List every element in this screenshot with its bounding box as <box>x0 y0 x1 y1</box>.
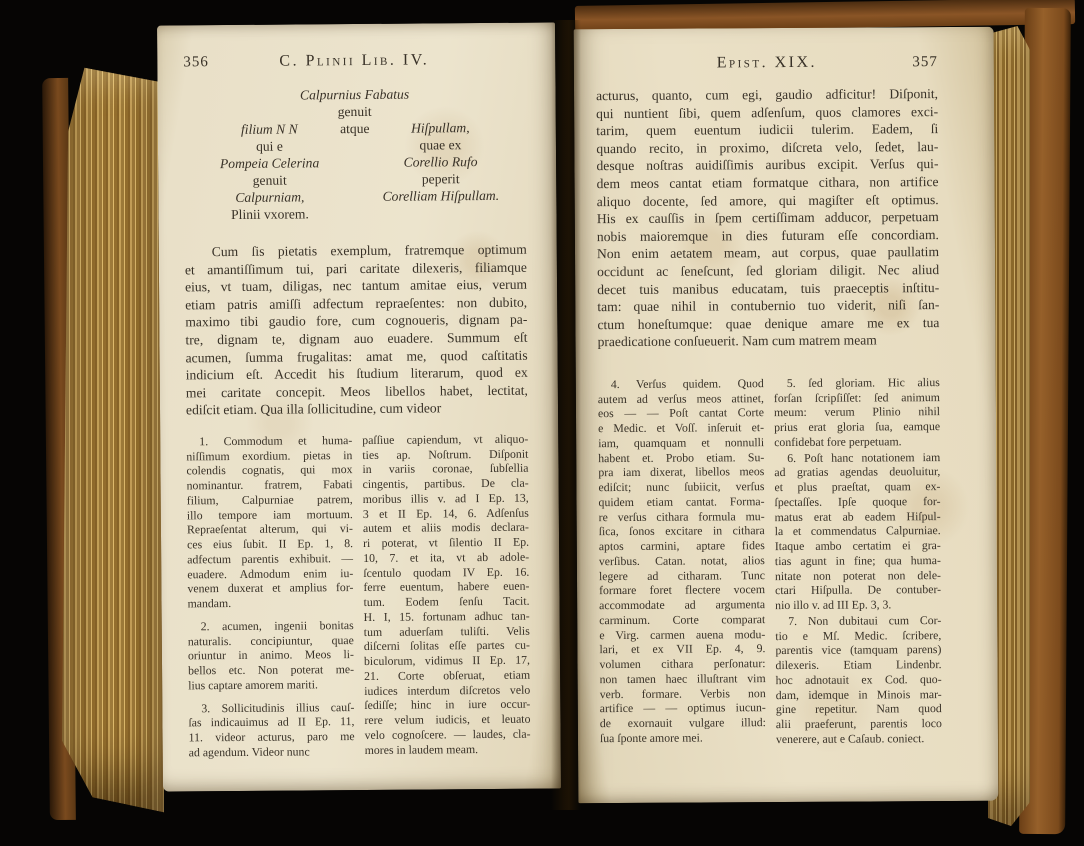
right-footnotes: 4. Verſus quidem. Quodautem ad verſus me… <box>598 375 942 748</box>
text-line: habent et. Probo etiam. Su- <box>598 450 764 466</box>
paragraph: paſſiue capiendum, vt aliquo-ties ap. No… <box>362 432 531 758</box>
text-line: ties ap. Noſtrum. Diſponit <box>362 446 528 462</box>
text-line: oriuntur in animo. Meos li- <box>188 647 354 663</box>
text-line: biculorum, vidimus II Ep. 17, <box>364 653 530 669</box>
text-line: 3. Sollicitudinis illius cauſ- <box>188 700 354 716</box>
text-line: ferre euentum, habere euen- <box>363 579 529 595</box>
text-line: dam, idemque in Minois mar- <box>776 687 942 703</box>
text-line: lius captare amorem mariti. <box>188 677 354 693</box>
text-line: qui nuntient ſibi, quem adſenſum, quos c… <box>596 103 938 123</box>
text-line: tio e Mſ. Medic. ſcribere, <box>775 628 941 644</box>
text-line: legere ad citharam. Tunc <box>599 568 765 584</box>
text-line: ri poterat, vt ſilentio II Ep. <box>363 535 529 551</box>
text-line: nominantur. fratrem, Fabati <box>187 477 353 493</box>
paragraph: 1. Commodum et huma-niſſimum exordium. p… <box>186 433 353 611</box>
paragraph: 6. Poſt hanc notationem iamad gratias ag… <box>774 450 941 613</box>
text-line: dilexeris. Etiam Lindenbr. <box>775 657 941 673</box>
paragraph: 4. Verſus quidem. Quodautem ad verſus me… <box>598 376 766 746</box>
text-line: ctari Hiſpulla. De contuber- <box>775 582 941 598</box>
text-line: e Medic. et Voſſ. inſeruit et- <box>598 420 764 436</box>
running-title-left: C. Plinii Lib. IV. <box>229 51 479 71</box>
text-line: 2. acumen, ingenii bonitas <box>188 618 354 634</box>
text-line: mores in laudem meam. <box>365 741 531 757</box>
text-line: ſas indicauimus ad II Ep. 11, <box>188 714 354 730</box>
text-line: 3 et II Ep. 14, 6. Adſenſus <box>363 505 529 521</box>
text-line: 11. videor acturus, paro me <box>189 729 355 745</box>
text-line: illo tempore iam mortuum. <box>187 507 353 523</box>
text-line: aptos carmini, aptare fides <box>599 538 765 554</box>
text-line: naturalis. concipiuntur, quae <box>188 633 354 649</box>
text-line: pra iam dixerat, libellos meos <box>598 465 764 481</box>
text-line: formare foret flectere vocem <box>599 583 765 599</box>
paragraph: 2. acumen, ingenii bonitasnaturalis. con… <box>188 618 355 693</box>
genealogy-cell: Plinii vxorem. <box>184 205 355 223</box>
text-line: quidem etiam cantat. Forma- <box>598 494 764 510</box>
text-line: iam, quamquam et nonnulli <box>598 435 764 451</box>
text-line: His ex cauſſis in ſpem certiſſimam adduc… <box>597 208 939 228</box>
text-line: desque noſtras auidiſſimis auribus excip… <box>596 155 938 175</box>
text-line: lari, et ex VII Ep. 4, 9. <box>599 642 765 658</box>
text-line: 1. Commodum et huma- <box>186 433 352 449</box>
text-line: ad agendum. Videor nunc <box>189 744 355 760</box>
right-page-header: Epist. XIX. 357 <box>596 53 938 73</box>
text-line: euadere. Admodum enim iu- <box>187 566 353 582</box>
text-line: ſediſſe; hinc in iure occur- <box>364 697 530 713</box>
text-line: tum aduerſam tuliſti. Velis <box>364 623 530 639</box>
text-line: forſan ſcripſiſſet: ſed animum <box>774 390 940 406</box>
text-line: parentis vice (tamquam parens) <box>775 642 941 658</box>
text-line: velo cognoſcere. — laudes, cla- <box>365 727 531 743</box>
text-line: 7. Non dubitaui cum Cor- <box>775 613 941 629</box>
left-body-text: Cum ſis pietatis exemplum, fratremque op… <box>185 241 528 420</box>
text-line: Itaque ambo certatim ei gra- <box>775 538 941 554</box>
page-number-right: 357 <box>892 54 938 71</box>
book-photograph: 356 C. Plinii Lib. IV. Calpurnius Fabatu… <box>0 0 1084 846</box>
text-line: autem ad verſus meos attinet, <box>598 391 764 407</box>
genealogy-cell: qui e <box>184 137 355 155</box>
genealogy-cell: genuit <box>184 171 355 189</box>
text-line: hoc adnotauit ex Cod. quo- <box>776 672 942 688</box>
text-line: ſica, ſonos excitare in cithara <box>599 524 765 540</box>
footnote-column-2: 5. ſed gloriam. Hic aliusforſan ſcripſiſ… <box>774 375 942 747</box>
text-line: diſcerni ſolitas eſſe partes cu- <box>364 638 530 654</box>
text-line: tum. Eodem ſenſu Tacit. <box>363 594 529 610</box>
text-line: praedicatione conſueuerit. Nam cum matre… <box>597 331 939 351</box>
genealogy-cell: quae ex <box>355 136 526 154</box>
text-line: Non enim aetatem meam, aut corpus, quae … <box>597 243 939 263</box>
paragraph: acturus, quanto, cum egi, gaudio adficit… <box>596 85 940 351</box>
text-line: filium, Calpurniae patrem, <box>187 492 353 508</box>
genealogy-cell: Pompeia Celerina <box>184 154 355 172</box>
right-page: Epist. XIX. 357 acturus, quanto, cum egi… <box>574 27 999 804</box>
text-line: volumen cithara perſonatur: <box>599 656 765 672</box>
genealogy-cell: Calpurniam, <box>184 188 355 206</box>
paragraph: 3. Sollicitudinis illius cauſ-ſas indica… <box>188 700 354 760</box>
page-number-left: 356 <box>183 54 229 71</box>
text-line: ſcentulo quodam IV Ep. 16. <box>363 564 529 580</box>
text-line: dem meos cantat etiam formatque cithara,… <box>597 173 939 193</box>
genealogy-cell <box>355 204 526 222</box>
text-line: tias agunt in fine; qua huma- <box>775 553 941 569</box>
text-line: moribus illis v. ad I Ep. 13, <box>363 491 529 507</box>
text-line: rere velum iudicis, et leuato <box>364 712 530 728</box>
text-line: iudices interdum diſcretos velo <box>364 682 530 698</box>
genealogy-cell: Corelliam Hiſpullam. <box>355 187 526 205</box>
text-line: verſibus. Catan. notat, alios <box>599 553 765 569</box>
text-line: niſſimum exordium. pietas in <box>186 448 352 464</box>
text-line: venem duxerat et amplius for- <box>187 580 353 596</box>
text-line: e Virg. carmen auena modu- <box>599 627 765 643</box>
text-line: ſua ſponte amore mei. <box>600 730 766 746</box>
text-line: alii praeferunt, parentis loco <box>776 716 942 732</box>
text-line: quando recito, in proximo, diſcreta velo… <box>596 138 938 158</box>
text-line: carminum. Corte comparat <box>599 612 765 628</box>
genealogy-cell: peperit <box>355 170 526 188</box>
text-line: 4. Verſus quidem. Quod <box>598 376 764 392</box>
text-line: tarim, quem euentum iudicii tulerim. Ead… <box>596 120 938 140</box>
text-line: mandam. <box>187 595 353 611</box>
running-title-right: Epist. XIX. <box>642 53 892 73</box>
text-line: nitate non poterat non dele- <box>775 568 941 584</box>
text-line: acturus, quanto, cum egi, gaudio adficit… <box>596 85 938 105</box>
text-line: cingentis, partibus. De cla- <box>363 476 529 492</box>
genealogy-cell: Corellio Rufo <box>355 153 526 171</box>
genealogy-table: Calpurnius Fabatus genuit filium N N atq… <box>183 85 526 224</box>
text-line: ces eius ſubit. II Ep. 1, 8. <box>187 536 353 552</box>
footnote-column-1: 1. Commodum et huma-niſſimum exordium. p… <box>186 433 355 760</box>
text-line: eos — — Poſt cantat Corte <box>598 406 764 422</box>
text-line: ad gratias agendas deuoluitur, <box>774 464 940 480</box>
footnote-column-1: 4. Verſus quidem. Quodautem ad verſus me… <box>598 376 766 748</box>
text-line: artifice — — optimus iucun- <box>600 701 766 717</box>
text-line: Repraeſentat alterum, qui vi- <box>187 521 353 537</box>
text-line: et plus praeſtat, quam ex- <box>774 479 940 495</box>
text-line: 10, 7. et ita, vt ab adole- <box>363 550 529 566</box>
left-footnotes: 1. Commodum et huma-niſſimum exordium. p… <box>186 432 531 760</box>
text-line: venerere, aut e Caſaub. coniect. <box>776 731 942 747</box>
text-line: 5. ſed gloriam. Hic alius <box>774 375 940 391</box>
left-page: 356 C. Plinii Lib. IV. Calpurnius Fabatu… <box>157 22 561 791</box>
text-line: gine repetitur. Nam quod <box>776 701 942 717</box>
text-line: aliquo docente, ſed amore, qui magiſter … <box>597 191 939 211</box>
text-line: ediſcit; nunc ſubiicit, verſus <box>598 479 764 495</box>
text-line: accommodate ad argumenta <box>599 597 765 613</box>
text-line: re verſus cithara formula mu- <box>599 509 765 525</box>
text-line: autem et aliis modis declara- <box>363 520 529 536</box>
text-line: de exornauit vulgare illud: <box>600 715 766 731</box>
text-line: ſpectaſſes. Ipſe quoque for- <box>774 494 940 510</box>
text-line: matus erat ab eadem Hiſpul- <box>775 509 941 525</box>
text-line: tam: quae nihil in contubernio tuo vider… <box>597 296 939 316</box>
footnote-column-2: paſſiue capiendum, vt aliquo-ties ap. No… <box>362 432 531 759</box>
text-line: meum: verum Plinio nihil <box>774 404 940 420</box>
paragraph: Cum ſis pietatis exemplum, fratremque op… <box>185 241 528 420</box>
text-line: nio illo v. ad III Ep. 3, 3. <box>775 597 941 613</box>
text-line: verb. formare. Verbis non <box>600 686 766 702</box>
text-line: nobis maioremque in dies futuram eſſe co… <box>597 226 939 246</box>
paragraph: 7. Non dubitaui cum Cor-tio e Mſ. Medic.… <box>775 613 942 747</box>
text-line: H. I, 15. fortunam adhuc tan- <box>364 609 530 625</box>
text-line: ctum honeſtumque: quae denique amare me … <box>597 314 939 334</box>
gilt-page-edges-left <box>62 64 164 816</box>
text-line: 21. Corte obſeruat, etiam <box>364 668 530 684</box>
text-line: occidunt ac ſeneſcunt, ſed gloriam dilig… <box>597 261 939 281</box>
text-line: bellos etc. Non poterat me- <box>188 662 354 678</box>
text-line: la et commendatus Calpurniae. <box>775 523 941 539</box>
gutter-shadow <box>551 20 581 810</box>
text-line: adfectum parentis exhibuit. — <box>187 551 353 567</box>
right-body-text: acturus, quanto, cum egi, gaudio adficit… <box>596 85 940 351</box>
text-line: ediſcit etiam. Qua illa ſollicitudine, c… <box>186 399 528 419</box>
text-line: prius erat gloria ſua, eamque <box>774 419 940 435</box>
text-line: non tamen haec illuſtrant vim <box>600 671 766 687</box>
text-line: colendis cognatis, qui mox <box>186 462 352 478</box>
left-page-header: 356 C. Plinii Lib. IV. <box>183 51 525 72</box>
text-line: confidebat fore perpetuam. <box>774 434 940 450</box>
text-line: in variis coronae, ſubſellia <box>362 461 528 477</box>
text-line: 6. Poſt hanc notationem iam <box>774 450 940 466</box>
text-line: paſſiue capiendum, vt aliquo- <box>362 432 528 448</box>
paragraph: 5. ſed gloriam. Hic aliusforſan ſcripſiſ… <box>774 375 940 450</box>
text-line: decet tuis manibus educatam, tuis praece… <box>597 279 939 299</box>
